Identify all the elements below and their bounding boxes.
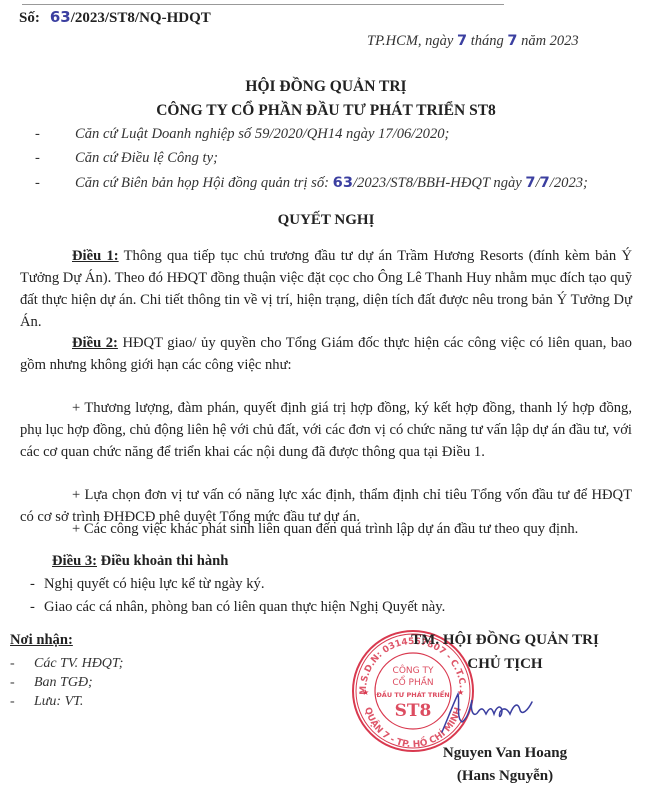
legal-basis-item: -Căn cứ Biên bản họp Hội đồng quản trị s…: [35, 174, 588, 192]
legal-basis-text: Căn cứ Luật Doanh nghiệp số 59/2020/QH14…: [75, 126, 449, 142]
recipient-item: -Các TV. HĐQT;: [10, 656, 123, 672]
article-3-title: Điều khoản thi hành: [97, 553, 228, 569]
date-month: 7: [507, 33, 517, 49]
legal-basis-text: Căn cứ Biên bản họp Hội đồng quản trị số…: [75, 175, 329, 191]
article-3-item: -Nghị quyết có hiệu lực kể từ ngày ký.: [30, 576, 265, 593]
signature-position: CHỦ TỊCH: [380, 656, 630, 673]
svg-text:ĐẦU TƯ PHÁT TRIỂN: ĐẦU TƯ PHÁT TRIỂN: [376, 689, 449, 699]
doc-number-suffix: /2023/ST8/NQ-HDQT: [71, 10, 211, 26]
article-2-item-text: + Thương lượng, đàm phán, quyết định giá…: [20, 400, 632, 460]
recipient-text: Các TV. HĐQT;: [34, 656, 123, 671]
signer-name: Nguyen Van Hoang: [380, 745, 630, 762]
minutes-month-handwritten: 7: [540, 174, 550, 191]
article-2: Điều 2: HĐQT giao/ ủy quyền cho Tổng Giá…: [20, 332, 632, 376]
doc-number-label: Số:: [19, 10, 40, 26]
recipient-item: -Ban TGĐ;: [10, 675, 93, 691]
article-2-item: + Thương lượng, đàm phán, quyết định giá…: [20, 397, 632, 463]
article-1: Điều 1: Thông qua tiếp tục chủ trương đầ…: [20, 245, 632, 333]
recipient-text: Ban TGĐ;: [34, 675, 93, 690]
svg-text:ST8: ST8: [395, 701, 432, 721]
recipients-title: Nơi nhận:: [10, 632, 73, 649]
signer-alias: (Hans Nguyễn): [380, 768, 630, 785]
recipient-item: -Lưu: VT.: [10, 694, 83, 710]
date-day: 7: [457, 33, 467, 49]
article-3-heading: Điều 3: Điều khoản thi hành: [52, 553, 228, 570]
legal-basis-text: /2023;: [550, 175, 588, 191]
article-3-item-text: Giao các cá nhân, phòng ban có liên quan…: [44, 599, 445, 615]
date-year: năm 2023: [521, 33, 579, 49]
article-3-label: Điều 3:: [52, 553, 97, 569]
minutes-day-handwritten: 7: [525, 174, 535, 191]
legal-basis-text: /2023/ST8/BBH-HĐQT ngày: [353, 175, 522, 191]
article-3-item-text: Nghị quyết có hiệu lực kể từ ngày ký.: [44, 576, 265, 592]
handwritten-signature-icon: [440, 688, 550, 736]
date-prefix: TP.HCM, ngày: [367, 33, 453, 49]
legal-basis-item: -Căn cứ Luật Doanh nghiệp số 59/2020/QH1…: [35, 126, 449, 143]
legal-basis-item: -Căn cứ Điều lệ Công ty;: [35, 150, 218, 167]
article-2-item: + Các công việc khác phát sinh liên quan…: [20, 518, 632, 540]
date-month-label: tháng: [471, 33, 504, 49]
document-date: TP.HCM, ngày 7 tháng 7 năm 2023: [367, 33, 579, 50]
document-number: Số:63/2023/ST8/NQ-HDQT: [19, 8, 211, 27]
doc-number-handwritten: 63: [50, 8, 71, 26]
article-1-label: Điều 1:: [72, 248, 119, 264]
recipient-text: Lưu: VT.: [34, 694, 83, 709]
title-company: CÔNG TY CỔ PHẦN ĐẦU TƯ PHÁT TRIỂN ST8: [0, 102, 652, 120]
top-rule: [22, 4, 504, 5]
signature-on-behalf: TM. HỘI ĐỒNG QUẢN TRỊ: [380, 632, 630, 649]
svg-text:★: ★: [362, 688, 369, 697]
article-2-item-text: + Các công việc khác phát sinh liên quan…: [72, 521, 578, 537]
article-2-label: Điều 2:: [72, 335, 118, 351]
article-3-item: -Giao các cá nhân, phòng ban có liên qua…: [30, 599, 445, 616]
title-board: HỘI ĐỒNG QUẢN TRỊ: [0, 78, 652, 96]
minutes-number-handwritten: 63: [333, 174, 353, 191]
legal-basis-text: Căn cứ Điều lệ Công ty;: [75, 150, 218, 166]
svg-text:CỔ PHẦN: CỔ PHẦN: [392, 675, 433, 688]
resolution-title: QUYẾT NGHỊ: [0, 212, 652, 229]
